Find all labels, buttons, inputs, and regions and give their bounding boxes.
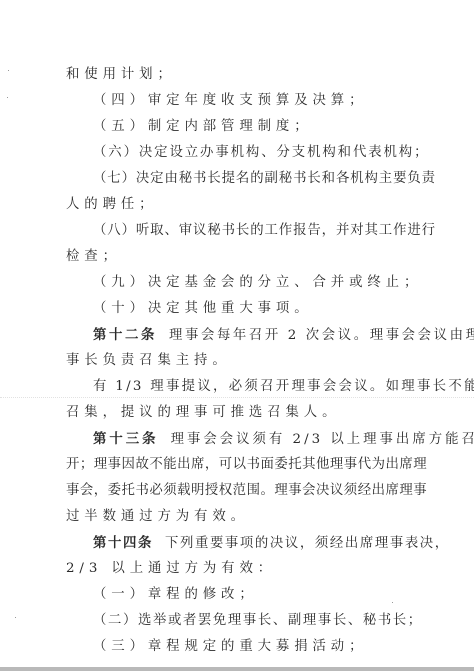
list-item-3: （三）章程规定的重大募捐活动； [66,636,398,662]
scan-speck [7,97,8,98]
text-line: 2/3 以上通过方为有效： [66,558,398,584]
text-line: 事长负责召集主持。 [66,350,398,376]
text-line: 召集，提议的理事可推选召集人。 [66,402,398,428]
article-14-text: 下列重要事项的决议，须经出席理事表决， [165,536,450,551]
list-item-8: （八）听取、审议秘书长的工作报告，并对其工作进行 [66,220,398,246]
page-bottom-edge [0,667,474,671]
article-13-line: 第十三条理事会会议须有 2/3 以上理事出席方能召 [66,428,398,454]
document-page: 和使用计划； （四）审定年度收支预算及决算； （五）制定内部管理制度； （六）决… [0,0,474,667]
list-item-10: （十）决定其他重大事项。 [66,298,398,324]
list-item-6: （六）决定设立办事机构、分支机构和代表机构； [66,142,398,168]
text-line: 检查； [66,246,398,272]
article-12-text: 理事会每年召开 2 次会议。理事会会议由理 [169,328,474,343]
text-line: 有 1/3 理事提议，必须召开理事会会议。如理事长不能 [66,376,398,402]
document-body: 和使用计划； （四）审定年度收支预算及决算； （五）制定内部管理制度； （六）决… [66,64,398,662]
text-line: 过半数通过方为有效。 [66,506,398,532]
scan-speck [15,617,16,618]
article-12-line: 第十二条理事会每年召开 2 次会议。理事会会议由理 [66,324,398,350]
list-item-1: （一）章程的修改； [66,584,398,610]
article-13-text: 理事会会议须有 2/3 以上理事出席方能召 [171,432,474,447]
text-line: 人的聘任； [66,194,398,220]
list-item-5: （五）制定内部管理制度； [66,116,398,142]
article-14-heading: 第十四条 [93,535,153,551]
article-12-heading: 第十二条 [93,327,157,343]
list-item-2: （二）选举或者罢免理事长、副理事长、秘书长； [66,610,398,636]
list-item-4: （四）审定年度收支预算及决算； [66,90,398,116]
text-line: 和使用计划； [66,64,398,90]
text-line: 开；理事因故不能出席，可以书面委托其他理事代为出席理 [66,454,398,480]
scan-speck [8,70,9,71]
article-13-heading: 第十三条 [93,431,159,447]
list-item-7: （七）决定由秘书长提名的副秘书长和各机构主要负责 [66,168,398,194]
scan-speck [392,602,393,603]
article-14-line: 第十四条下列重要事项的决议，须经出席理事表决， [66,532,398,558]
list-item-9: （九）决定基金会的分立、合并或终止； [66,272,398,298]
text-line: 事会，委托书必须载明授权范围。理事会决议须经出席理事 [66,480,398,506]
